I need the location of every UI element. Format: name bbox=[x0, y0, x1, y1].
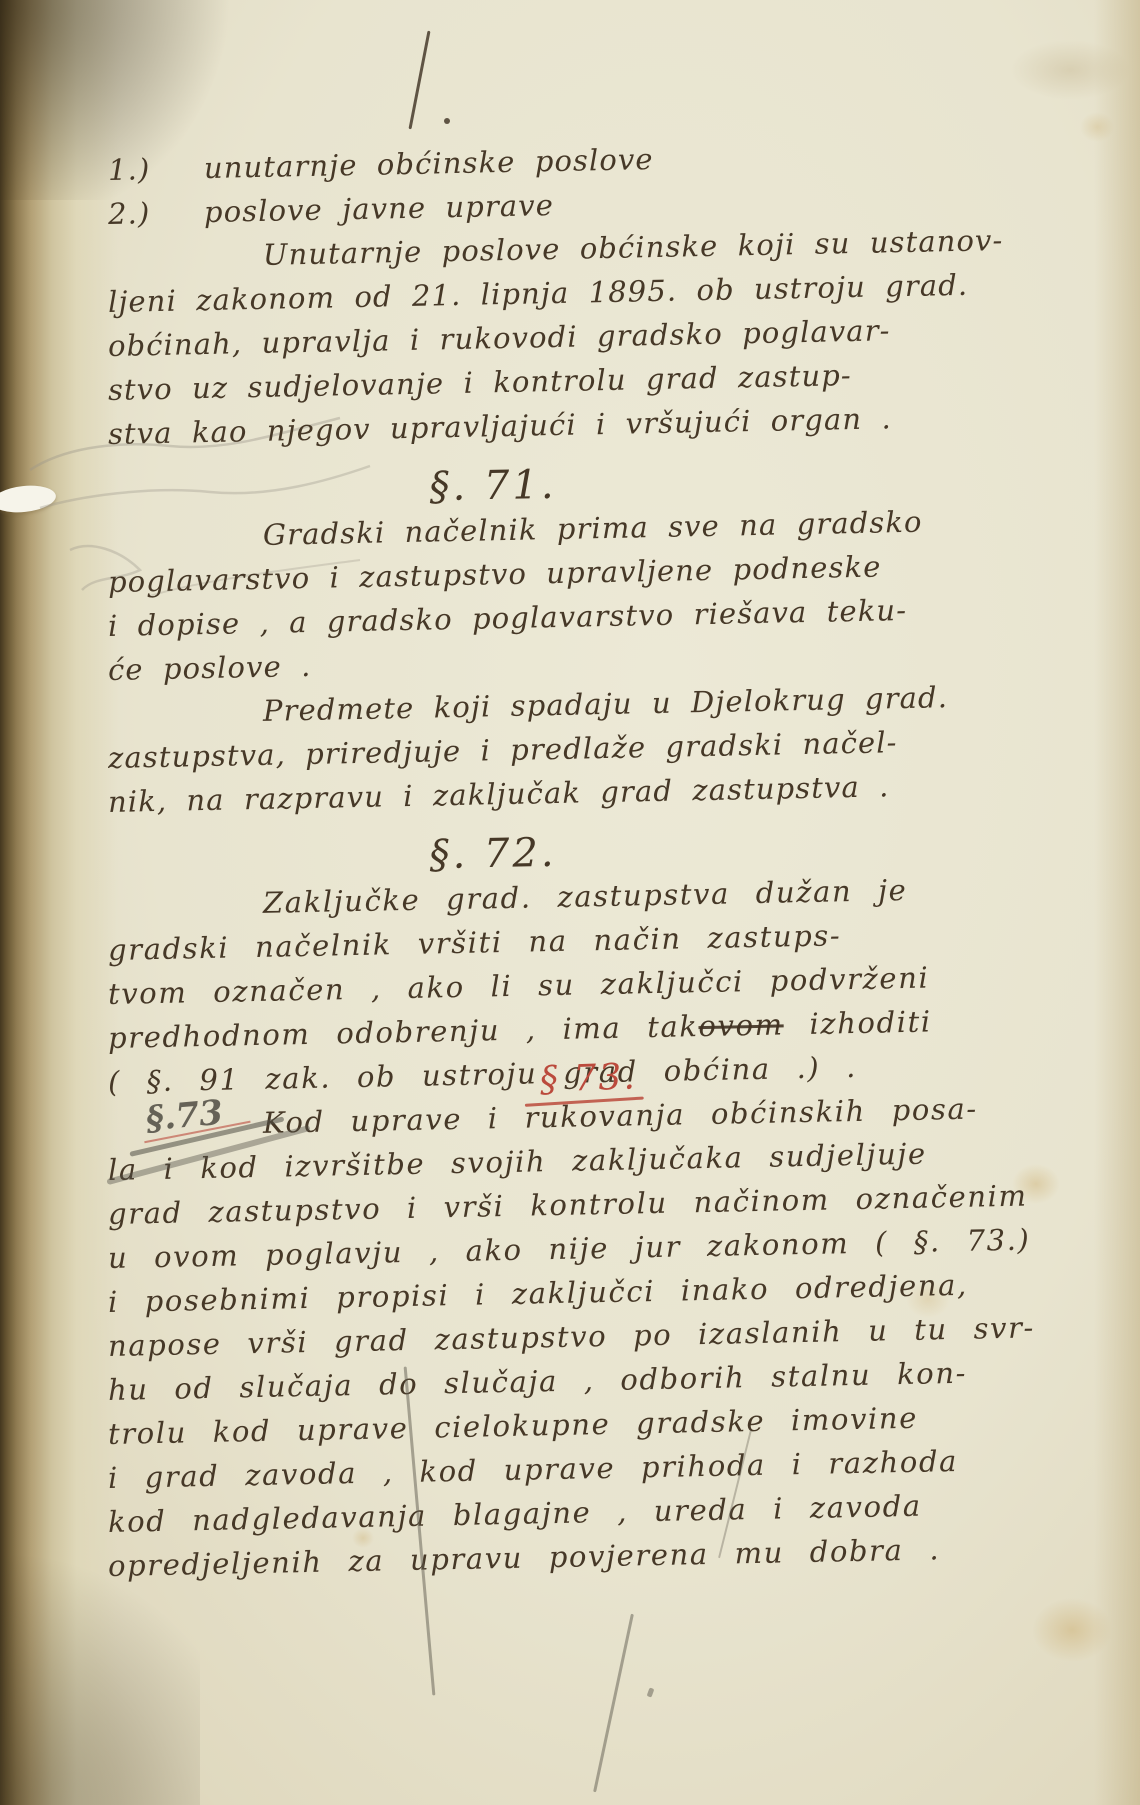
list-number: 1.) bbox=[108, 146, 205, 192]
paragraph: Gradski načelnik prima sve na gradskopog… bbox=[108, 516, 1068, 692]
paragraph: Kod uprave i rukovanja obćinskih posa-la… bbox=[108, 1104, 1068, 1588]
paragraph: Predmete koji spadaju u Djelokrug grad.z… bbox=[108, 692, 1068, 824]
line-text: predhodnom odobrenju , ima tak bbox=[108, 1009, 699, 1055]
page-edge-right bbox=[1094, 0, 1140, 1805]
paragraph: Unutarnje poslove obćinske koji su ustan… bbox=[108, 236, 1068, 456]
diagonal-pencil-slash bbox=[593, 1614, 634, 1793]
ink-slash-mark bbox=[408, 31, 430, 130]
line-text: izhoditi bbox=[783, 1004, 932, 1041]
list-text: unutarnje obćinske poslove bbox=[204, 142, 654, 185]
ink-dot-mark bbox=[444, 118, 450, 124]
red-section-heading-label: § 73. bbox=[539, 1056, 637, 1100]
red-section-heading-73: § 73. bbox=[539, 1056, 637, 1100]
manuscript-page: 1.)unutarnje obćinske poslove2.)poslove … bbox=[0, 0, 1140, 1805]
pencil-dot bbox=[647, 1687, 655, 1697]
struck-text: ovom bbox=[698, 1007, 784, 1043]
manuscript-text-column: 1.)unutarnje obćinske poslove2.)poslove … bbox=[108, 148, 1068, 1588]
list-number: 2.) bbox=[108, 190, 205, 236]
list-text: poslove javne uprave bbox=[204, 188, 555, 229]
margin-note-73: §.73 bbox=[144, 1093, 224, 1140]
